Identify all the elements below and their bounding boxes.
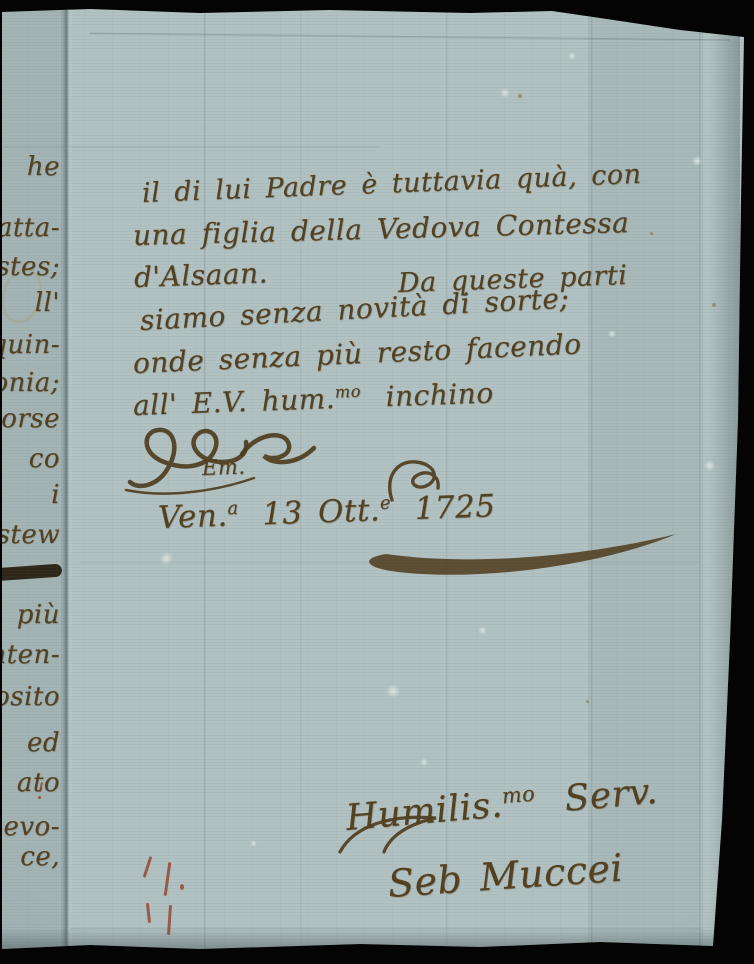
- paper-fleck: [386, 684, 400, 698]
- paper-speck: [586, 700, 589, 703]
- facing-page-text-fragment: quin-: [0, 330, 60, 360]
- date-underline-flourish: [346, 528, 681, 586]
- superscript: e: [380, 493, 392, 514]
- closing-abbreviation: Em.: [202, 454, 246, 480]
- red-ink-mark: [39, 782, 43, 792]
- facing-page-text-fragment: posito: [0, 682, 60, 712]
- facing-page-text-fragment: inten-: [0, 640, 60, 670]
- paper-shading: [588, 0, 703, 964]
- signature-valediction: Humilis.mo Serv.: [344, 771, 659, 839]
- valediction-text: Serv.: [563, 771, 659, 820]
- red-ink-mark: [143, 856, 153, 878]
- red-ink-mark: [38, 796, 41, 799]
- paper-fleck: [500, 88, 510, 98]
- red-ink-mark: [180, 884, 184, 890]
- manuscript-scan: heatta-stes;ll'quin-onia;orsecoistewpiùi…: [0, 0, 754, 964]
- paper-fleck: [420, 758, 428, 766]
- letter-text: inchino: [385, 376, 494, 413]
- paper-fleck: [704, 460, 715, 471]
- paper-fleck: [692, 156, 702, 166]
- paper-fleck: [608, 330, 616, 338]
- superscript: mo: [335, 382, 362, 402]
- letter-text: all' E.V. hum.: [132, 382, 335, 422]
- paper-fleck: [568, 52, 576, 60]
- facing-page-text-fragment: co: [0, 444, 60, 474]
- paper-speck: [650, 232, 653, 235]
- letter-line: una figlia della Vedova Contessa: [133, 206, 630, 252]
- valediction-text: Humilis.: [344, 784, 504, 839]
- year: 1725: [414, 488, 496, 527]
- facing-page-text-fragment: aevo-: [0, 812, 60, 842]
- facing-page-text-fragment: onia;: [0, 368, 60, 398]
- facing-page-text-fragment: atta-: [0, 213, 60, 243]
- superscript: a: [227, 498, 239, 519]
- letter-page: heatta-stes;ll'quin-onia;orsecoistewpiùi…: [0, 0, 754, 964]
- red-ink-mark: [146, 903, 151, 923]
- fold-crease: [90, 33, 730, 43]
- facing-page-text-fragment: he: [0, 152, 60, 182]
- letter-line-ev: all' E.V. hum.mo inchino: [132, 376, 494, 422]
- paper-speck: [518, 94, 522, 98]
- fold-crease: [699, 10, 702, 948]
- paper-speck: [712, 303, 716, 307]
- facing-page-text-fragment: più: [0, 600, 60, 630]
- facing-page-text-fragment: i: [0, 480, 60, 510]
- letter-line: d'Alsaan.: [133, 256, 268, 294]
- paper-fleck: [160, 552, 173, 565]
- facing-page-edge: [0, 0, 62, 964]
- paper-fleck: [478, 626, 487, 635]
- superscript: mo: [501, 781, 536, 808]
- facing-page-text-fragment: ato: [0, 768, 60, 798]
- fold-crease: [70, 928, 700, 931]
- paper-fleck: [250, 840, 257, 847]
- facing-page-text-fragment: ed: [0, 728, 60, 758]
- facing-page-text-fragment: ce,: [0, 842, 60, 872]
- page-fold: [61, 8, 73, 952]
- facing-page-text-fragment: stew: [0, 520, 60, 550]
- day-month: 13 Ott.: [262, 492, 381, 532]
- ink-ring-stain: [0, 264, 49, 328]
- heavy-ink-stroke: [0, 564, 62, 582]
- fold-crease: [0, 146, 380, 149]
- place-abbrev: Ven.: [157, 498, 228, 536]
- red-ink-mark: [164, 862, 172, 896]
- paper-edge-shadow: [0, 928, 754, 954]
- facing-page-text-fragment: orse: [0, 404, 60, 434]
- letter-line: il di lui Padre è tuttavia quà, con: [141, 159, 642, 209]
- paper-edge-shadow: [710, 30, 740, 950]
- letter-line: onde senza più resto facendo: [132, 327, 582, 380]
